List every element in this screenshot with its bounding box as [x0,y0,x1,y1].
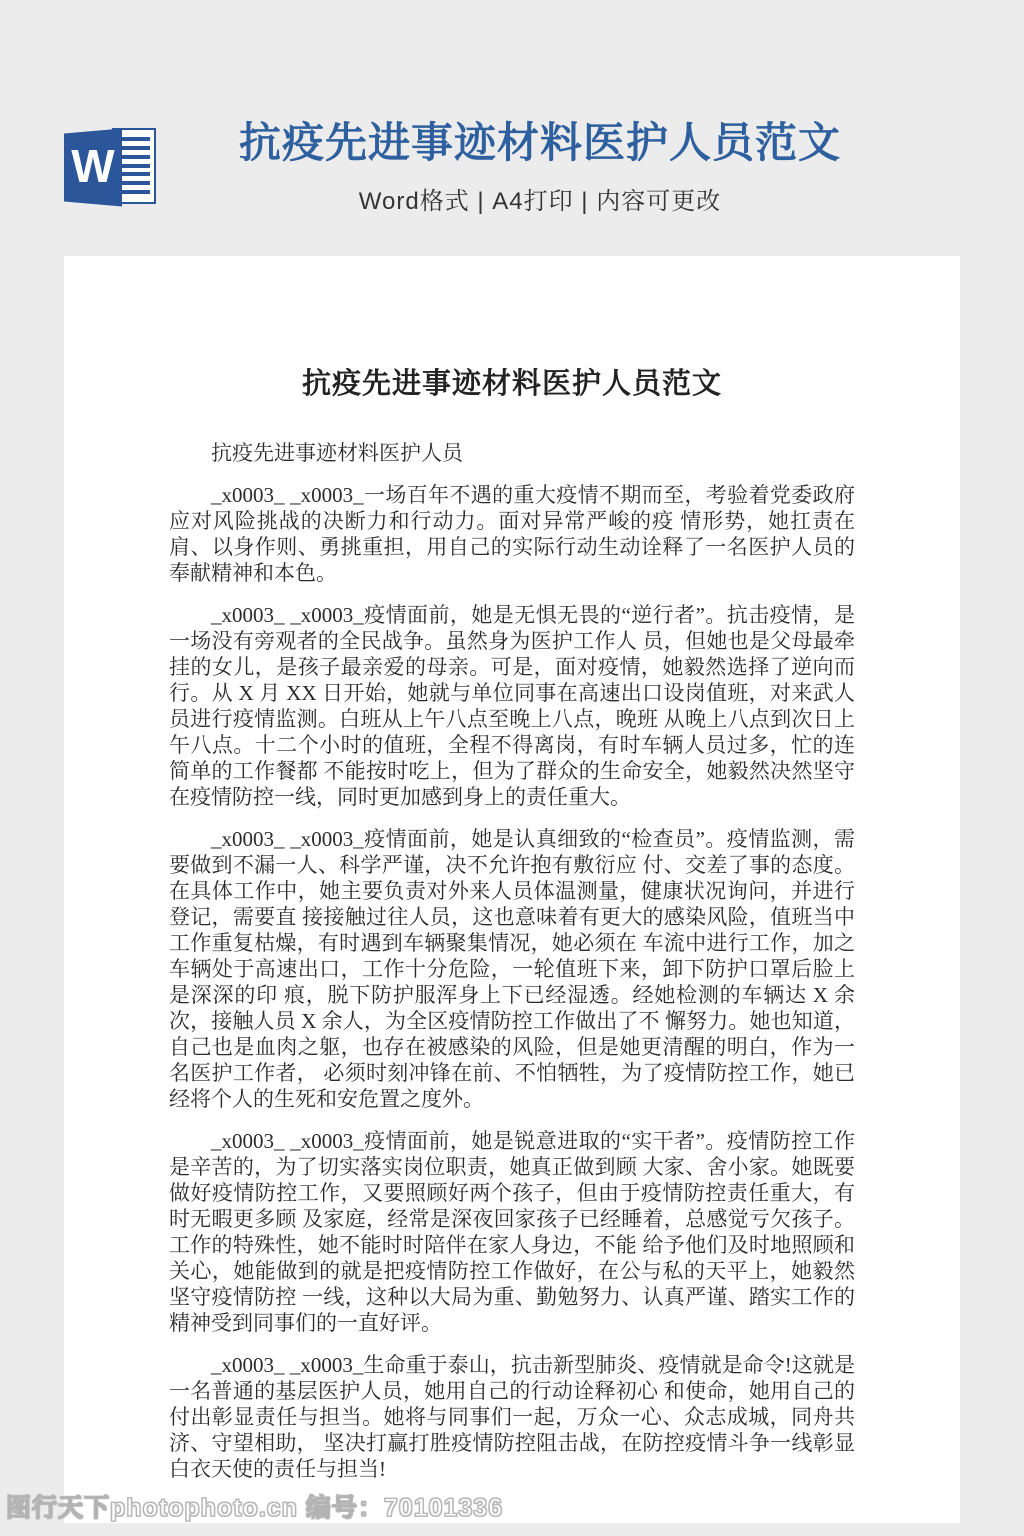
page-title: 抗疫先进事迹材料医护人员范文 [156,119,924,167]
document-page: 抗疫先进事迹材料医护人员范文 抗疫先进事迹材料医护人员 _x0003_ _x00… [64,256,960,1523]
page-subtitle: Word格式 | A4打印 | 内容可更改 [156,181,924,216]
document-title: 抗疫先进事迹材料医护人员范文 [169,361,855,402]
document-byline: 抗疫先进事迹材料医护人员 [169,440,855,466]
doc-line [118,164,150,168]
document-paragraph: _x0003_ _x0003_疫情面前，她是无惧无畏的“逆行者”。抗击疫情，是一… [169,602,855,810]
word-icon: W [64,127,156,209]
header-text: 抗疫先进事迹材料医护人员范文 Word格式 | A4打印 | 内容可更改 [156,119,984,216]
document-paragraph: _x0003_ _x0003_疫情面前，她是锐意进取的“实干者”。疫情防控工作是… [169,1128,855,1336]
word-w-letter: W [71,143,114,193]
doc-line [118,137,150,141]
header: W 抗疫先进事迹材料医护人员范文 Word格式 | A4打印 | 内容可更改 [0,0,1024,255]
document-paragraph: _x0003_ _x0003_一场百年不遇的重大疫情不期而至，考验着党委政府应对… [169,482,855,586]
doc-line [118,172,150,176]
document-paragraph: _x0003_ _x0003_生命重于泰山，抗击新型肺炎、疫情就是命令!这就是一… [169,1352,855,1482]
doc-line [118,181,150,185]
doc-line [118,155,150,159]
site-watermark: 图行天下photophoto.cn 编号：70101336 [6,1488,503,1524]
doc-line [118,146,150,150]
document-paragraph: _x0003_ _x0003_疫情面前，她是认真细致的“检查员”。疫情监测，需要… [169,826,855,1112]
word-w-panel: W [64,129,122,207]
doc-line [118,190,150,194]
